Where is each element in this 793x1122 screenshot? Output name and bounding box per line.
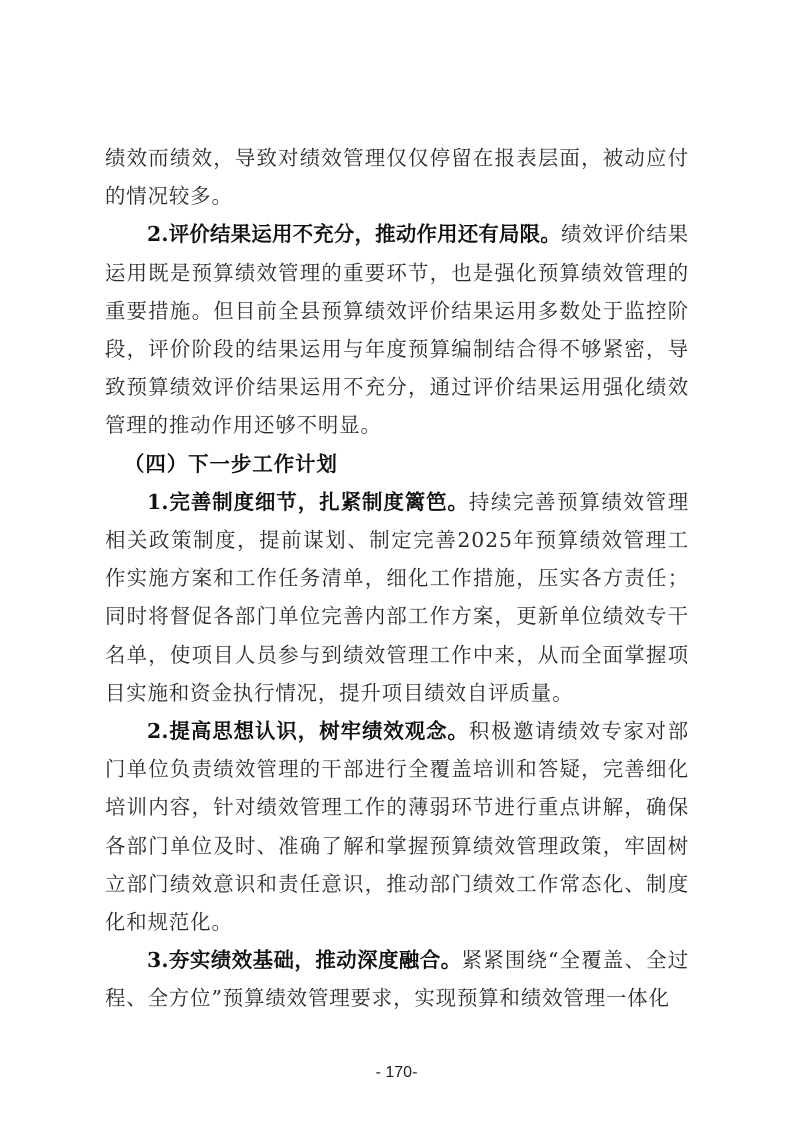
paragraph-lead: 2.评价结果运用不充分，推动作用还有局限。 [147,222,561,246]
document-body: 绩效而绩效，导致对绩效管理仅仅停留在报表层面，被动应付的情况较多。 2.评价结果… [105,139,689,1018]
paragraph-body: 积极邀请绩效专家对部门单位负责绩效管理的干部进行全覆盖培训和答疑，完善细化培训内… [105,719,689,934]
paragraph-lead: 3.夯实绩效基础，推动深度融合。 [147,948,462,972]
paragraph-lead: 1.完善制度细节，扎紧制度篱笆。 [147,490,469,514]
paragraph-item-3-consolidate-foundation: 3.夯实绩效基础，推动深度融合。紧紧围绕“全覆盖、全过程、全方位”预算绩效管理要… [105,941,689,1017]
paragraph-body: 持续完善预算绩效管理相关政策制度，提前谋划、制定完善2025年预算绩效管理工作实… [105,490,689,705]
paragraph-item-2-evaluation-results: 2.评价结果运用不充分，推动作用还有局限。绩效评价结果运用既是预算绩效管理的重要… [105,215,689,444]
paragraph-item-1-improve-system: 1.完善制度细节，扎紧制度篱笆。持续完善预算绩效管理相关政策制度，提前谋划、制定… [105,483,689,712]
paragraph-lead: 2.提高思想认识，树牢绩效观念。 [147,719,469,743]
paragraph-item-2-raise-awareness: 2.提高思想认识，树牢绩效观念。积极邀请绩效专家对部门单位负责绩效管理的干部进行… [105,712,689,941]
paragraph-continuation: 绩效而绩效，导致对绩效管理仅仅停留在报表层面，被动应付的情况较多。 [105,139,689,215]
page-number: - 170- [0,1064,793,1082]
section-heading: （四）下一步工作计划 [105,445,689,483]
paragraph-body: 绩效评价结果运用既是预算绩效管理的重要环节，也是强化预算绩效管理的重要措施。但目… [105,222,689,437]
